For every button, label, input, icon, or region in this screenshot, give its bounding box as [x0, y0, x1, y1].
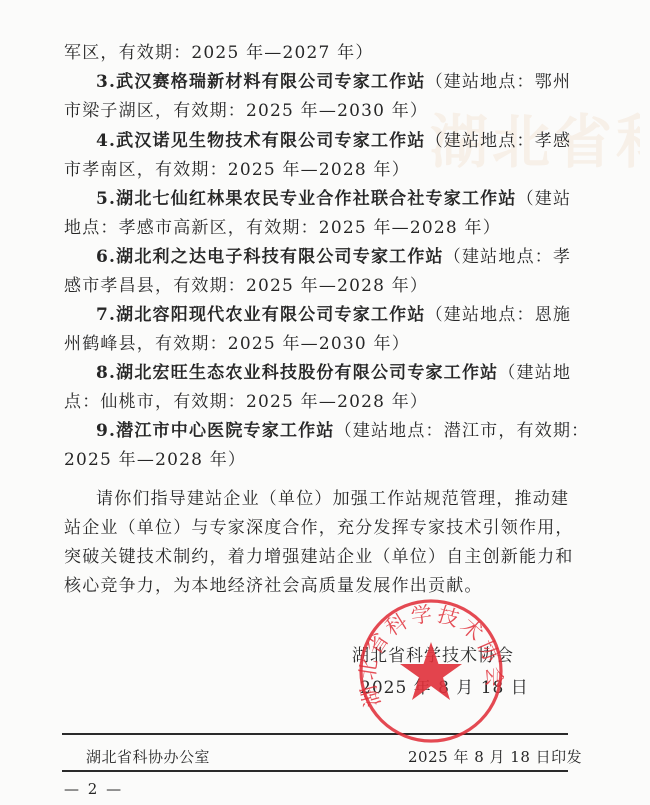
item-number: 6. — [96, 247, 116, 267]
official-seal-icon: 湖北省科学技术协会 — [358, 598, 504, 744]
station-name: 潜江市中心医院专家工作站 — [116, 421, 334, 441]
item-number: 7. — [96, 305, 116, 325]
item-location-start: （建站地点：恩施 — [426, 305, 572, 325]
closing-paragraph-line2: 站企业（单位）与专家深度合作，充分发挥专家技术引领作用， — [64, 517, 568, 539]
closing-paragraph-line4: 核心竞争力，为本地经济社会高质量发展作出贡献。 — [64, 575, 568, 597]
closing-paragraph-line3: 突破关键技术制约，着力增强建站企业（单位）自主创新能力和 — [64, 546, 568, 568]
item-location-start: （建站地点：鄂州 — [426, 72, 572, 92]
item-location-start: （建站地 — [498, 363, 571, 383]
list-item-9-line2: 2025 年—2028 年） — [64, 449, 568, 471]
item-number: 4. — [96, 131, 116, 151]
list-item-6-line1: 6.湖北利之达电子科技有限公司专家工作站（建站地点：孝 — [96, 246, 568, 268]
item-location-start: （建站地点：孝感 — [426, 131, 572, 151]
signature-organization: 湖北省科学技术协会 — [352, 641, 514, 666]
list-item-5-line1: 5.湖北七仙红林果农民专业合作社联合社专家工作站（建站 — [96, 188, 568, 210]
footer-top-rule — [62, 733, 568, 735]
page-number: — 2 — — [64, 780, 123, 798]
list-item-7-line1: 7.湖北容阳现代农业有限公司专家工作站（建站地点：恩施 — [96, 304, 568, 326]
list-item-3-line2: 市梁子湖区，有效期：2025 年—2030 年） — [64, 100, 568, 122]
item-number: 9. — [96, 421, 116, 441]
station-name: 武汉赛格瑞新材料有限公司专家工作站 — [116, 72, 425, 92]
item-location-start: （建站 — [517, 189, 572, 209]
list-item-6-line2: 感市孝昌县，有效期：2025 年—2028 年） — [64, 275, 568, 297]
list-item-4-line1: 4.武汉诺见生物技术有限公司专家工作站（建站地点：孝感 — [96, 130, 568, 152]
station-name: 湖北利之达电子科技有限公司专家工作站 — [116, 247, 444, 267]
station-name: 湖北七仙红林果农民专业合作社联合社专家工作站 — [116, 189, 516, 209]
continuation-line: 军区，有效期：2025 年—2027 年） — [64, 42, 568, 64]
list-item-7-line2: 州鹤峰县，有效期：2025 年—2030 年） — [64, 333, 568, 355]
list-item-5-line2: 地点：孝感市高新区，有效期：2025 年—2028 年） — [64, 217, 568, 239]
list-item-4-line2: 市孝南区，有效期：2025 年—2028 年） — [64, 159, 568, 181]
footer-issuer: 湖北省科协办公室 — [86, 746, 210, 767]
item-location-start: （建站地点：孝 — [444, 247, 571, 267]
station-name: 湖北容阳现代农业有限公司专家工作站 — [116, 305, 425, 325]
document-page: 湖北省科 军区，有效期：2025 年—2027 年） 3.武汉赛格瑞新材料有限公… — [0, 0, 650, 805]
footer-issue-date: 2025 年 8 月 18 日印发 — [408, 746, 582, 767]
list-item-8-line2: 点：仙桃市，有效期：2025 年—2028 年） — [64, 391, 568, 413]
list-item-3-line1: 3.武汉赛格瑞新材料有限公司专家工作站（建站地点：鄂州 — [96, 71, 568, 93]
list-item-8-line1: 8.湖北宏旺生态农业科技股份有限公司专家工作站（建站地 — [96, 362, 568, 384]
item-location-start: （建站地点：潜江市，有效期： — [335, 421, 590, 441]
signature-date: 2025 年 8 月 18 日 — [360, 673, 529, 698]
station-name: 武汉诺见生物技术有限公司专家工作站 — [116, 131, 425, 151]
item-number: 8. — [96, 363, 116, 383]
footer-bottom-rule — [62, 770, 568, 772]
list-item-9-line1: 9.潜江市中心医院专家工作站（建站地点：潜江市，有效期： — [96, 420, 568, 442]
closing-paragraph-line1: 请你们指导建站企业（单位）加强工作站规范管理，推动建 — [96, 488, 568, 510]
item-number: 3. — [96, 72, 116, 92]
item-number: 5. — [96, 189, 116, 209]
station-name: 湖北宏旺生态农业科技股份有限公司专家工作站 — [116, 363, 498, 383]
